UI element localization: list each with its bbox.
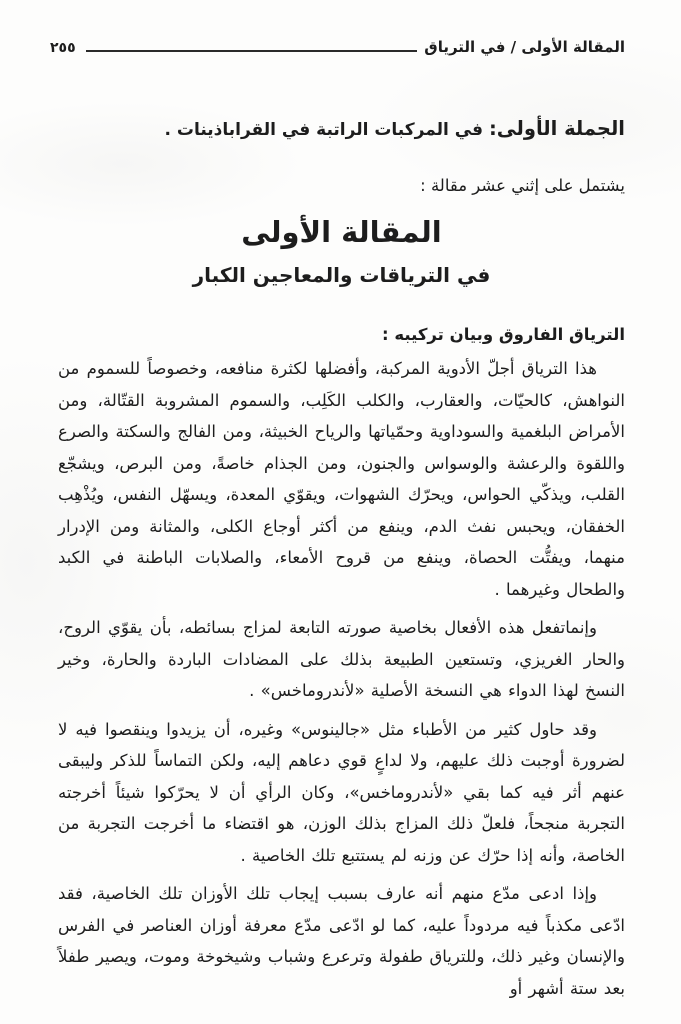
header-rule [86, 49, 418, 52]
page-content: الجملة الأولى: في المركبات الراتبة في ال… [0, 114, 681, 1004]
running-head-title: المقالة الأولى / في الترياق [424, 38, 625, 56]
chapter-subtitle: في الترياقات والمعاجين الكبار [58, 259, 625, 291]
chapter-title: المقالة الأولى [58, 211, 625, 253]
section-heading: الجملة الأولى: في المركبات الراتبة في ال… [58, 114, 625, 145]
page-number: ٢٥٥ [50, 40, 76, 56]
paragraph-1: هذا الترياق أجلّ الأدوية المركبة، وأفضله… [58, 353, 625, 605]
section-heading-rest: في المركبات الراتبة في القراباذينات . [165, 120, 489, 140]
book-page: المقالة الأولى / في الترياق ٢٥٥ الجملة ا… [0, 0, 681, 1024]
running-head: المقالة الأولى / في الترياق ٢٥٥ [0, 0, 681, 56]
paragraph-2: وإنماتفعل هذه الأفعال بخاصية صورته التاب… [58, 612, 625, 707]
paragraph-3: وقد حاول كثير من الأطباء مثل «جالينوس» و… [58, 714, 625, 872]
subsection-heading: الترياق الفاروق وبيان تركيبه : [58, 321, 625, 349]
paragraph-4: وإذا ادعى مدّع منهم أنه عارف بسبب إيجاب … [58, 878, 625, 1004]
section-heading-lead: الجملة الأولى: [489, 117, 625, 140]
contents-note: يشتمل على إثني عشر مقالة : [58, 171, 625, 201]
